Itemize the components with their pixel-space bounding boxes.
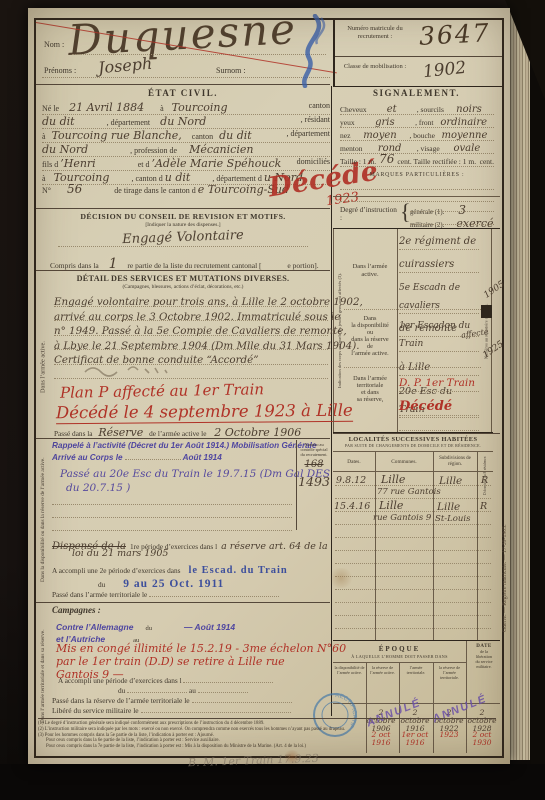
red-plan-note: Plan P affecté au 1er Train <box>60 380 264 402</box>
etat-civil-line: Né le 21 Avril 1884 à Tourcoing canton <box>42 101 330 115</box>
hand-profession: Mécanicien <box>189 143 253 156</box>
label-line: Dans <box>345 315 395 322</box>
print-au2: au <box>189 686 196 695</box>
pencil-scribble <box>83 360 193 378</box>
controle-special-box: Numéro au contrôle spécial du recrutemen… <box>296 440 331 530</box>
blank-rule <box>198 692 248 693</box>
epoque-col-header: la disponibilité de l’armée active. <box>334 665 365 675</box>
periode-dates-stamp: 9 au 25 Oct. 1911 <box>123 578 224 590</box>
services-title: DÉTAIL DES SERVICES ET MUTATIONS DIVERSE… <box>36 274 330 283</box>
right-margin-caption: Guerre. — Registre matricule. — 17-39-19… <box>501 408 509 748</box>
print-ne-le: Né le <box>42 104 59 113</box>
date-col-line: militaire. <box>467 664 501 669</box>
loc-row2-subdiv2: St-Louis <box>435 514 470 524</box>
localites-subtitle: PAR SUITE DE CHANGEMENTS DE DOMICILE ET … <box>333 443 493 448</box>
epoque-col-header: la réserve de l’armée active. <box>367 665 398 675</box>
label-line: territoriale <box>345 382 395 389</box>
label-line: et dans <box>345 389 395 396</box>
print-compris: Compris dans la <box>50 261 99 270</box>
blank-rule <box>127 692 187 693</box>
print-libere: Libéré du service militaire le <box>52 706 139 715</box>
print-passe-res-terr: Passé dans la réserve de l’armée territo… <box>52 696 190 705</box>
territoriale-line: Passé dans l’armée territoriale le <box>52 590 322 599</box>
visage-label: , visage <box>417 144 440 153</box>
reserve-rule <box>36 438 330 439</box>
print-du: du <box>98 580 105 589</box>
loc-row2-res: R <box>480 501 487 512</box>
hand-birthplace: Tourcoing <box>172 101 228 114</box>
corps-unit-line-red: D. P. 1er Train <box>399 377 475 389</box>
red-deceased-line: Décédé le 4 septembre 1923 à Lille <box>56 401 353 425</box>
bouche-value: moyenne <box>435 132 494 140</box>
print-a2: à <box>42 132 46 141</box>
epoque-subtitle: À LAQUELLE L’HOMME DOIT PASSER DANS <box>333 654 466 659</box>
taille-cent-label: cent. <box>480 157 494 166</box>
print-du2: du <box>145 625 152 632</box>
classe-value: 1902 <box>422 58 467 82</box>
etat-civil-line: à Tourcoing rue Blanche, canton du dit ,… <box>42 129 330 143</box>
corps-unit-line: cuirassiers <box>399 259 454 270</box>
print-a: à <box>160 104 164 113</box>
epoque-title: ÉPOQUE <box>333 645 466 653</box>
localites-title: LOCALITÉS SUCCESSIVES HABITÉES <box>333 436 493 443</box>
footnote: Pour ceux compris dans la 7e partie de l… <box>38 744 496 750</box>
loc-row1-res: R <box>481 475 488 486</box>
accompli-periode-line: A accompli une période d’exercices dans … <box>58 676 273 685</box>
print-residant: , résidant <box>301 115 330 124</box>
corps-unit-line-red: Décédé <box>399 399 452 414</box>
purple-hand-line2: du 20.7.15 ) <box>66 482 130 494</box>
print-territoriale: Passé dans l’armée territoriale le <box>52 590 147 599</box>
hand-loi-1905: loi du 21 mars 1905 <box>72 548 168 559</box>
aout14-stamp: — Août 1914 <box>184 622 235 632</box>
label-line: l’armée active. <box>345 350 395 357</box>
etat-civil-line: du dit , département du Nord , résidant <box>42 115 330 129</box>
print-departement: , département <box>107 118 151 127</box>
mobilisation-stamp: Rappelé à l’activité (Décret du 1er Août… <box>52 441 317 450</box>
loc-row1-date: 9.8.12 <box>336 475 366 486</box>
signalement-row: yeuxgris , frontordinaire <box>340 115 494 128</box>
loc-row2-date: 15.4.16 <box>334 501 370 512</box>
label-line: de <box>345 343 395 350</box>
etat-civil-line: du Nord , profession de Mécanicien <box>42 143 330 157</box>
row-rule <box>335 576 491 577</box>
footnotes: (1) Le degré d’instruction générale sera… <box>38 718 496 750</box>
signalement-row: mentonrond , visageovale <box>340 141 494 154</box>
campagnes-label: Campagnes : <box>52 605 101 615</box>
services-rule <box>36 270 330 271</box>
hand-residence: Tourcoing rue Blanche, <box>52 129 182 142</box>
row-rule <box>335 615 491 616</box>
arrive-corps-line: Arrivé au Corps le Août 1914 <box>52 453 222 462</box>
cheveux-value: et <box>367 106 417 114</box>
localites-col-subdiv: Subdivisions de région. <box>433 456 477 467</box>
photo-bottom-strip <box>0 764 545 800</box>
epoque-col-header: l’armée territoriale. <box>400 665 432 675</box>
hand-father: ’Henri <box>60 157 95 170</box>
taille-value: 76 <box>379 152 394 166</box>
du-au-line: du au <box>118 686 248 695</box>
hand-dudit: du dit <box>42 115 75 128</box>
print-accompli: A accompli une période d’exercices dans … <box>58 676 182 685</box>
instruction-label: Degré d’instruction : <box>340 206 398 222</box>
nez-value: moyen <box>350 132 409 140</box>
paper-stain <box>283 750 301 764</box>
blank-rule <box>149 596 279 597</box>
loc-row2-address: rue Gantois 9 <box>373 513 431 523</box>
print-fils: fils d <box>42 160 58 169</box>
label-line: ou <box>345 329 395 336</box>
visage-value: ovale <box>440 145 494 153</box>
localites-header-bottom-rule <box>333 471 493 472</box>
print-departement2: , département <box>286 129 330 138</box>
sourcils-value: noirs <box>444 106 494 114</box>
print-du3: du <box>118 686 125 695</box>
signalement-row: nezmoyen , bouchemoyenne <box>340 128 494 141</box>
front-label: , front <box>415 118 433 127</box>
localites-col-dates: Dates. <box>333 459 375 465</box>
loc-row2-commune: Lille <box>379 499 403 512</box>
corps-row-divider <box>344 309 481 310</box>
yeux-value: gris <box>355 119 416 127</box>
corps-row2-label: Dans la disponibilité ou dans la réserve… <box>345 315 395 357</box>
print-compris3: e portion]. <box>287 261 318 270</box>
row-rule <box>335 563 491 564</box>
blank-rule <box>141 712 291 713</box>
aout-1914-stamp: Août 1914 <box>183 453 222 462</box>
label-line: Dans l’armée <box>345 375 395 382</box>
loc-row1-commune: Lille <box>381 473 405 486</box>
matricule-row-rule <box>335 56 502 57</box>
matricule-box: Numéro matricule du recrutement : 3647 C… <box>333 18 502 87</box>
row-rule <box>335 589 491 590</box>
label-line: la disponibilité <box>345 322 395 329</box>
cheveux-label: Cheveux <box>340 105 367 114</box>
hand-art64: a réserve art. 64 de la <box>221 541 328 552</box>
decision-rule <box>36 208 330 209</box>
hand-nord: du Nord <box>160 115 206 128</box>
row-rule <box>335 602 491 603</box>
print-etde: et d <box>138 160 150 169</box>
instruction-militaire-rule <box>410 224 494 225</box>
controle-old-number: 168 <box>297 459 331 470</box>
purple-hand-line1: Passé au 20e Esc du Train le 19.7.15 (Dm… <box>60 468 330 480</box>
services-subtitle: (Campagnes, blessures, actions d’éclat, … <box>36 284 330 290</box>
corps-row3-values: D. P. 1er Train Décédé <box>399 373 479 431</box>
classe-label: Classe de mobilisation : <box>339 63 411 71</box>
corps-unit-line: 5e Escadn de cavaliers <box>399 283 460 311</box>
row-rule <box>335 498 491 499</box>
row-rule <box>335 628 491 629</box>
blank-rule <box>340 178 494 190</box>
margin-label-armee-active: Dans l’armée active. <box>36 293 50 441</box>
decision-rule2 <box>58 246 308 247</box>
blank-rule <box>125 459 181 460</box>
sourcils-label: , sourcils <box>417 105 444 114</box>
corps-unit-line: 2e régiment de <box>399 236 476 247</box>
localites-table: LOCALITÉS SUCCESSIVES HABITÉES PAR SUITE… <box>333 432 493 641</box>
libere-line: Libéré du service militaire le <box>52 706 291 715</box>
signalement-block: Cheveuxet , sourcilsnoirs yeuxgris , fro… <box>340 102 494 202</box>
label-line: sa réserve, <box>345 396 395 403</box>
red-conge-line2: par le 1er train (D.D) se retire à Lille… <box>56 655 285 668</box>
taille-label: Taille : 1 m. <box>340 157 376 166</box>
prenoms-label: Prénoms : <box>44 66 76 75</box>
instruction-rule <box>333 196 500 197</box>
red-conge-line1: Mis en congé illimité le 15.2.19 - 3me é… <box>56 642 346 655</box>
localites-header-rule <box>333 451 493 452</box>
margin-label-disponibilite: Dans la disponibilité ou dans la réserve… <box>36 442 50 598</box>
blank-rule <box>52 530 292 531</box>
instruction-brace: { <box>400 199 411 225</box>
row-rule <box>335 550 491 551</box>
instruction-generale-rule <box>410 211 494 212</box>
corps-row3-label: Dans l’armée territoriale et dans sa rés… <box>345 375 395 403</box>
controle-new-number: 1493 <box>297 474 331 489</box>
print-profession: , profession de <box>130 146 177 155</box>
loc-row1-address: 77 rue Gantois <box>377 487 441 497</box>
row-rule <box>335 524 491 525</box>
loc-row1-subdiv: Lille <box>439 475 462 487</box>
menton-label: menton <box>340 144 363 153</box>
hand-mother: ’Adèle Marie Spéhouck <box>151 157 281 170</box>
matricule-label: Numéro matricule du recrutement : <box>339 25 411 40</box>
etat-civil-title: ÉTAT CIVIL. <box>36 88 330 98</box>
print-canton: canton <box>309 101 330 110</box>
corps-row1-label: Dans l’armée active. <box>345 263 395 278</box>
print-compris2: re partie de la liste du recrutement can… <box>127 261 261 270</box>
book-cover-right <box>530 0 545 800</box>
nom-label: Nom : <box>44 40 64 49</box>
epoque-col-header: la réserve de l’armée territoriale. <box>434 665 465 680</box>
hand-tirage-number: 56 <box>67 182 82 196</box>
taille-row: Taille : 1 m. 76 cent. Taille rectifiée … <box>340 154 494 167</box>
localites-col-communes: Communes. <box>375 459 433 465</box>
hand-nord2: du Nord <box>42 143 88 156</box>
nez-label: nez <box>340 131 350 140</box>
corps-row-divider <box>344 367 481 368</box>
controle-special-label: Numéro au contrôle spécial du recrutemen… <box>297 440 331 459</box>
print-canton2: canton <box>192 132 213 141</box>
hand-dudit2: du dit <box>219 129 252 142</box>
print-tirage: de tirage dans le canton d <box>114 186 196 195</box>
decision-title: DÉCISION DU CONSEIL DE REVISION ET MOTIF… <box>36 212 330 221</box>
document-paper: Nom : Duquesne Prénoms : Joseph Surnom :… <box>28 8 510 764</box>
row-rule <box>335 537 491 538</box>
corps-table: Indication des corps auxquels les jeunes… <box>333 228 500 434</box>
corps-unit-line: 1er Escadon du Train <box>399 321 470 349</box>
signalement-row: Cheveuxet , sourcilsnoirs <box>340 102 494 115</box>
loc-row2-subdiv: Lille <box>437 501 460 513</box>
print-armee-active: de l’armée active le <box>149 429 206 438</box>
label-line: dans la réserve <box>345 336 395 343</box>
campagnes-rule <box>36 602 330 603</box>
corps-margin-left-label: Indication des corps auxquels les jeunes… <box>333 229 345 433</box>
bouche-label: , bouche <box>410 131 435 140</box>
corps-divider-block <box>481 305 492 318</box>
passe-reserve-territoriale-line: Passé dans la réserve de l’armée territo… <box>52 696 292 705</box>
blue-pen-flourish <box>271 14 333 88</box>
hand-birthdate: 21 Avril 1884 <box>69 101 144 114</box>
matricule-value: 3647 <box>418 18 491 51</box>
col-rule <box>433 451 434 641</box>
print-passe: Passé dans la <box>54 429 93 438</box>
arrive-corps-stamp: Arrivé au Corps le <box>52 453 123 462</box>
blank-rule <box>52 504 292 505</box>
blank-rule <box>192 702 292 703</box>
surnom-label: Surnom : <box>216 66 246 75</box>
blank-rule <box>52 517 292 518</box>
blank-rule <box>183 682 273 683</box>
col-rule <box>375 451 376 641</box>
signalement-title: SIGNALEMENT. <box>333 88 500 98</box>
yeux-label: yeux <box>340 118 355 127</box>
corps-label-col-rule <box>397 229 398 433</box>
paper-stain <box>328 568 354 588</box>
taille-rectifiee-label: cent. Taille rectifiée : 1 m. <box>397 157 476 166</box>
front-value: ordinaire <box>433 119 494 127</box>
print-numero: N° <box>42 186 51 195</box>
